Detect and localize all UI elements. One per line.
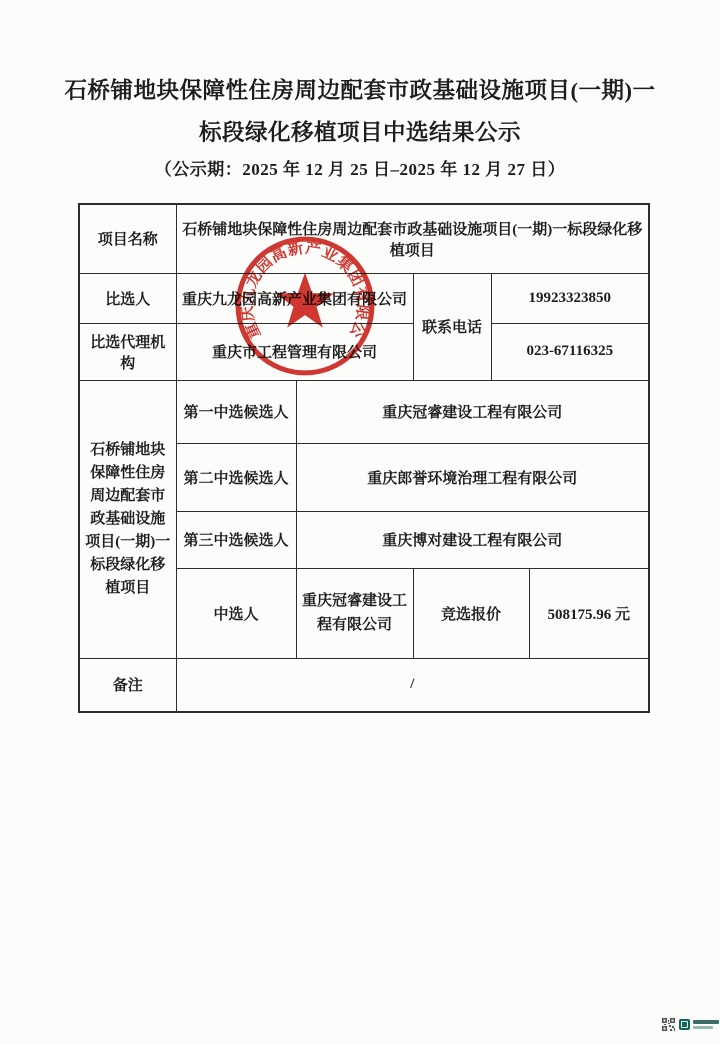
green-logo-icon	[679, 1019, 690, 1030]
qr-code-icon	[661, 1017, 676, 1032]
watermark-text-line2	[693, 1026, 713, 1029]
winner-label: 中选人	[176, 568, 296, 658]
winner-company: 重庆冠睿建设工程有限公司	[296, 568, 413, 658]
project-name-label: 项目名称	[79, 204, 176, 273]
watermark-text	[693, 1020, 719, 1029]
result-table: 项目名称 石桥铺地块保障性住房周边配套市政基础设施项目(一期)一标段绿化移植项目…	[78, 203, 650, 713]
row-candidate-1: 石桥铺地块保障性住房周边配套市政基础设施项目(一期)一标段绿化移植项目 第一中选…	[79, 380, 649, 443]
candidate-2-value: 重庆郎誉环境治理工程有限公司	[296, 443, 649, 511]
agency-value: 重庆市工程管理有限公司	[176, 323, 413, 380]
candidate-3-value: 重庆博对建设工程有限公司	[296, 511, 649, 568]
page-title-line1: 石桥铺地块保障性住房周边配套市政基础设施项目(一期)一	[65, 78, 656, 103]
watermark-text-line1	[693, 1020, 719, 1024]
page-title-line2: 标段绿化移植项目中选结果公示	[199, 120, 521, 145]
selector-phone: 19923323850	[491, 273, 649, 323]
page-title: 石桥铺地块保障性住房周边配套市政基础设施项目(一期)一 标段绿化移植项目中选结果…	[50, 70, 670, 154]
candidate-2-label: 第二中选候选人	[176, 443, 296, 511]
contact-phone-label: 联系电话	[413, 273, 491, 380]
publicity-period: （公示期：2025 年 12 月 25 日–2025 年 12 月 27 日）	[0, 155, 720, 180]
row-agency: 比选代理机构 重庆市工程管理有限公司 023-67116325	[79, 323, 649, 380]
remark-value: /	[176, 658, 649, 712]
announcement-page: 石桥铺地块保障性住房周边配套市政基础设施项目(一期)一 标段绿化移植项目中选结果…	[0, 0, 720, 1044]
watermark-badge	[661, 1017, 719, 1032]
candidate-3-label: 第三中选候选人	[176, 511, 296, 568]
bid-price-label: 竞选报价	[413, 568, 529, 658]
selector-label: 比选人	[79, 273, 176, 323]
project-name-value: 石桥铺地块保障性住房周边配套市政基础设施项目(一期)一标段绿化移植项目	[176, 204, 649, 273]
row-project-name: 项目名称 石桥铺地块保障性住房周边配套市政基础设施项目(一期)一标段绿化移植项目	[79, 204, 649, 273]
agency-label: 比选代理机构	[79, 323, 176, 380]
bid-price-value: 508175.96 元	[529, 568, 649, 658]
remark-label: 备注	[79, 658, 176, 712]
candidate-1-value: 重庆冠睿建设工程有限公司	[296, 380, 649, 443]
row-remark: 备注 /	[79, 658, 649, 712]
candidate-1-label: 第一中选候选人	[176, 380, 296, 443]
agency-phone: 023-67116325	[491, 323, 649, 380]
project-merged-cell: 石桥铺地块保障性住房周边配套市政基础设施项目(一期)一标段绿化移植项目	[79, 380, 176, 658]
row-selector: 比选人 重庆九龙园高新产业集团有限公司 联系电话 19923323850	[79, 273, 649, 323]
selector-value: 重庆九龙园高新产业集团有限公司	[176, 273, 413, 323]
